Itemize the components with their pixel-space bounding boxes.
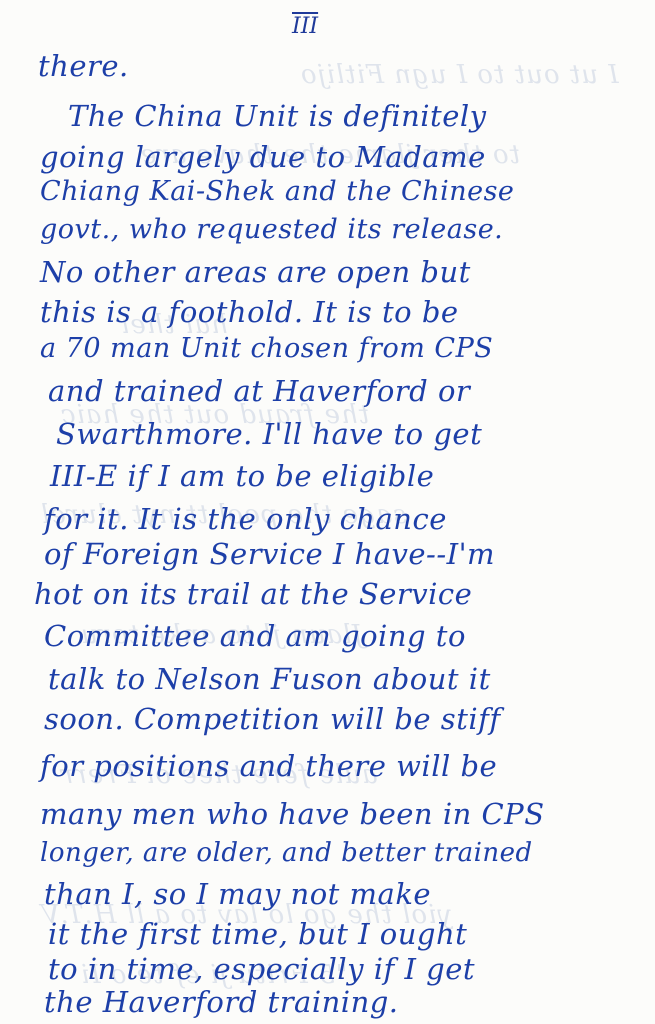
handwritten-line: to in time, especially if I get (48, 955, 475, 984)
handwritten-line: The China Unit is definitely (68, 102, 487, 131)
handwritten-line: talk to Nelson Fuson about it (48, 665, 491, 694)
handwritten-line: hot on its trail at the Service (34, 580, 472, 609)
handwritten-line: govt., who requested its release. (40, 216, 503, 243)
handwritten-line: the Haverford training. (44, 988, 399, 1017)
handwritten-line: Swarthmore. I'll have to get (56, 420, 482, 449)
handwritten-line: there. (38, 52, 129, 81)
handwritten-line: for it. It is the only chance (44, 505, 447, 534)
handwritten-line: it the first time, but I ought (48, 920, 467, 949)
handwritten-line: for positions and there will be (40, 752, 497, 781)
handwritten-line: a 70 man Unit chosen from CPS (40, 335, 493, 362)
letter-page: I ut out to I ugn Fitlijo to ther jlame … (0, 0, 655, 1024)
handwritten-line: of Foreign Service I have--I'm (44, 540, 495, 569)
handwritten-line: many men who have been in CPS (40, 800, 545, 829)
handwritten-line: going largely due to Madame (40, 143, 486, 172)
handwritten-line: than I, so I may not make (44, 880, 431, 909)
handwritten-line: Chiang Kai-Shek and the Chinese (40, 178, 514, 205)
handwritten-line: this is a foothold. It is to be (40, 298, 459, 327)
handwritten-line: and trained at Haverford or (48, 377, 470, 406)
handwritten-line: Committee and am going to (44, 622, 466, 651)
handwritten-line: No other areas are open but (40, 258, 471, 287)
page-number: III (292, 14, 318, 39)
handwritten-line: III-E if I am to be eligible (50, 462, 434, 491)
handwritten-line: soon. Competition will be stiff (44, 705, 501, 734)
handwritten-line: longer, are older, and better trained (40, 840, 533, 866)
